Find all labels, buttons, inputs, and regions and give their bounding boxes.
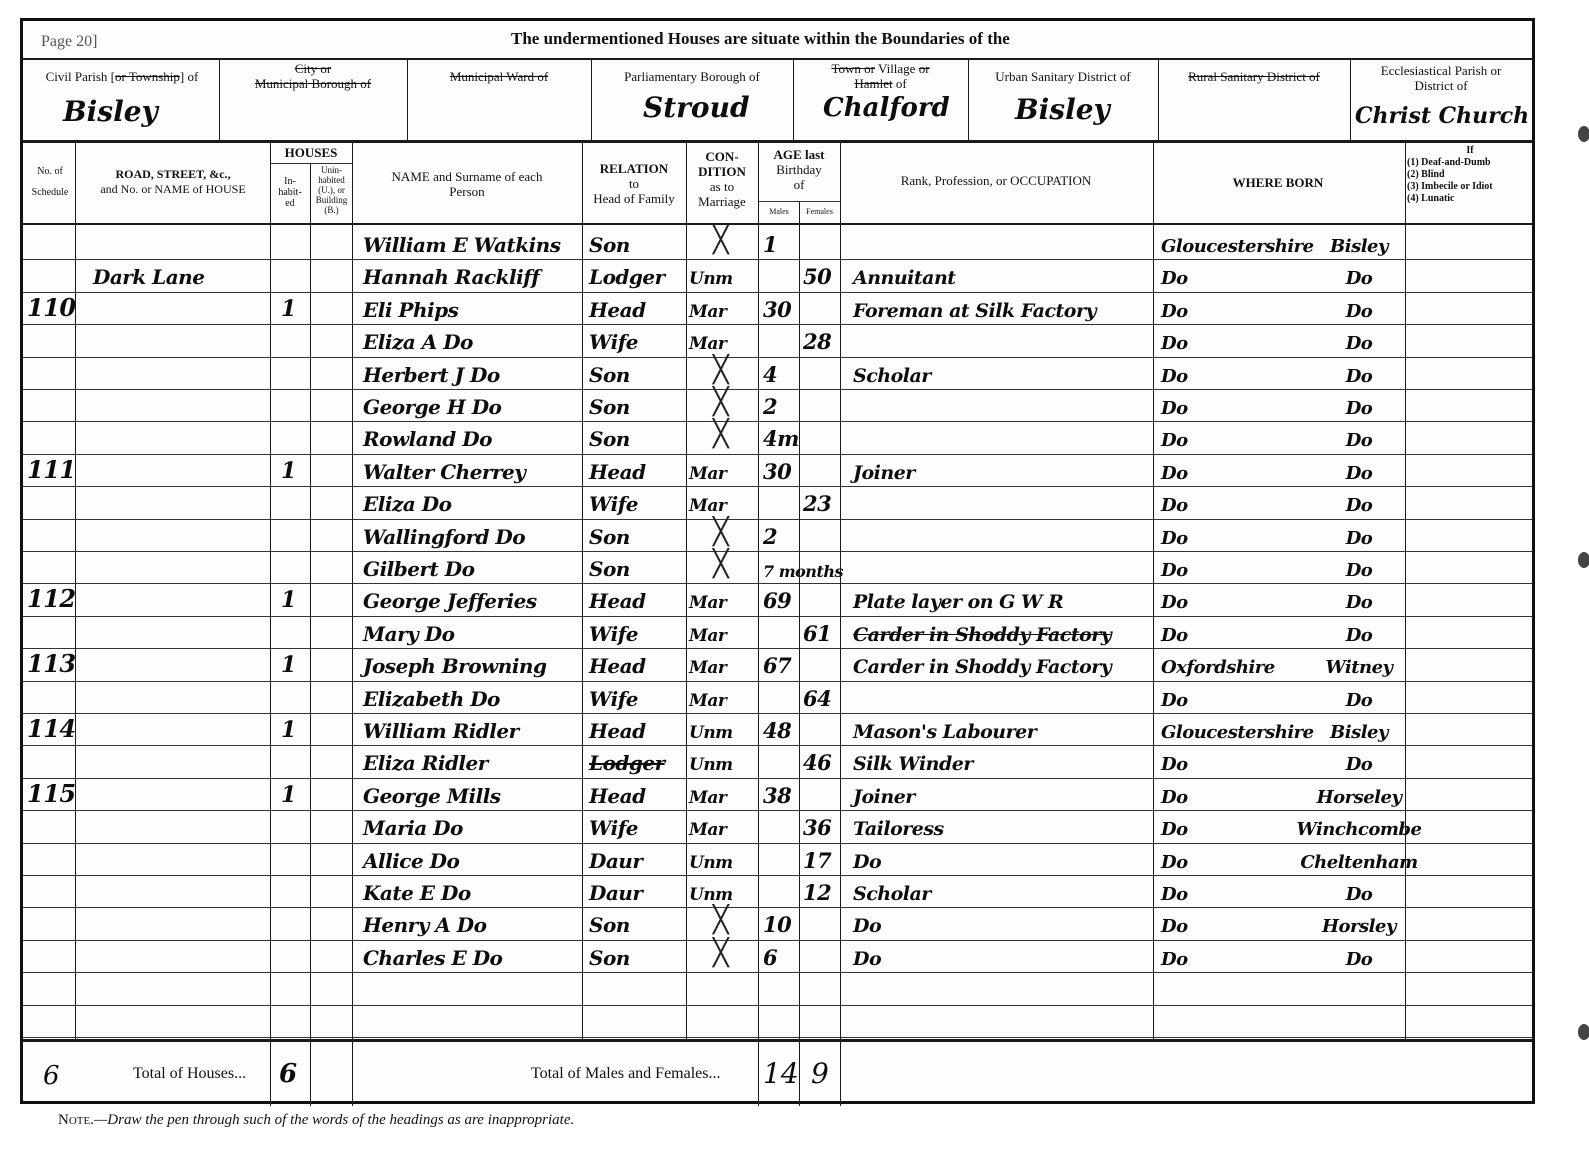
born-place: Do — [1313, 614, 1405, 646]
col-age-header: AGE lastBirthdayof — [758, 147, 840, 192]
row-divider — [23, 324, 1532, 325]
boundary-city-label: City or Municipal Borough of — [219, 61, 407, 91]
col-schedule-header: No. ofSchedule — [25, 166, 75, 198]
relation: Son — [589, 549, 630, 581]
row-divider — [23, 616, 1532, 617]
born-county: Do — [1161, 873, 1188, 905]
total-females: 9 — [811, 1057, 829, 1090]
marital-condition: Mar — [689, 452, 726, 484]
marital-condition: Mar — [689, 776, 726, 808]
relation: Son — [589, 387, 630, 419]
scan-hole-mark — [1578, 1024, 1589, 1040]
col-occupation-header: Rank, Profession, or OCCUPATION — [840, 173, 1152, 188]
col-uninhabited-header: Unin-habited(U.), orBuilding(B.) — [311, 165, 352, 215]
person-name: Eliza Ridler — [363, 743, 488, 775]
row-divider — [23, 1005, 1532, 1006]
born-county: Oxfordshire — [1161, 646, 1275, 678]
born-county: Do — [1161, 452, 1188, 484]
person-name: William E Watkins — [363, 225, 560, 257]
born-county: Do — [1161, 905, 1188, 937]
row-divider — [23, 940, 1532, 941]
born-place: Horsley — [1313, 905, 1405, 937]
person-name: Hannah Rackliff — [363, 257, 539, 289]
male-age: 7 months — [763, 549, 843, 581]
person-name: Allice Do — [363, 841, 459, 873]
house-inhabited: 1 — [281, 581, 296, 613]
born-county: Do — [1161, 322, 1188, 354]
relation: Daur — [589, 873, 642, 905]
marital-condition: Mar — [689, 484, 726, 516]
marital-condition: Mar — [689, 322, 726, 354]
born-county: Do — [1161, 355, 1188, 387]
total-houses-inhabited: 6 — [279, 1059, 297, 1089]
house-inhabited: 1 — [281, 776, 296, 808]
female-age: 28 — [803, 322, 831, 354]
schedule-number: 112 — [27, 581, 76, 613]
relation: Wife — [589, 679, 638, 711]
marital-condition: Mar — [689, 679, 726, 711]
female-age: 12 — [803, 873, 831, 905]
born-place: Do — [1313, 517, 1405, 549]
page-number: Page 20] — [41, 33, 97, 51]
occupation: Joiner — [853, 776, 915, 808]
person-name: Wallingford Do — [363, 517, 525, 549]
boundary-town-label: Town or Village or Hamlet of — [793, 61, 968, 91]
born-place: Do — [1313, 355, 1405, 387]
born-place: Do — [1313, 387, 1405, 419]
born-county: Do — [1161, 387, 1188, 419]
occupation: Plate layer on G W R — [853, 581, 1063, 613]
scan-hole-mark — [1578, 552, 1589, 568]
condition-cross-mark: ╳ — [713, 938, 729, 968]
marital-condition: Mar — [689, 808, 726, 840]
male-age: 4 — [763, 355, 777, 387]
house-inhabited: 1 — [281, 646, 296, 678]
relation: Son — [589, 905, 630, 937]
born-county: Gloucestershire — [1161, 711, 1314, 743]
relation: Wife — [589, 484, 638, 516]
relation: Lodger — [589, 257, 665, 289]
page-title: The undermentioned Houses are situate wi… — [511, 29, 1010, 49]
male-age: 69 — [763, 581, 791, 613]
born-county: Do — [1161, 484, 1188, 516]
relation: Wife — [589, 322, 638, 354]
schedule-number: 110 — [27, 290, 76, 322]
col-infirmity-header: If (1) Deaf-and-Dumb(2) Blind(3) Imbecil… — [1407, 145, 1533, 205]
boundary-urban-value: Bisley — [1015, 93, 1110, 126]
boundary-parliamentary-value: Stroud — [643, 91, 750, 124]
born-county: Do — [1161, 257, 1188, 289]
born-county: Do — [1161, 679, 1188, 711]
house-inhabited: 1 — [281, 452, 296, 484]
person-name: Henry A Do — [363, 905, 486, 937]
born-place: Do — [1313, 743, 1405, 775]
occupation: Do — [853, 905, 881, 937]
occupation: Joiner — [853, 452, 915, 484]
marital-condition: Unm — [689, 841, 733, 873]
male-age: 1 — [763, 225, 777, 257]
row-divider — [23, 389, 1532, 390]
house-inhabited: 1 — [281, 290, 296, 322]
row-divider — [23, 875, 1532, 876]
row-divider — [23, 843, 1532, 844]
born-place — [1313, 1003, 1405, 1035]
male-age: 48 — [763, 711, 791, 743]
row-divider — [23, 810, 1532, 811]
relation: Wife — [589, 808, 638, 840]
born-county: Do — [1161, 808, 1188, 840]
born-place: Do — [1313, 549, 1405, 581]
condition-cross-mark: ╳ — [713, 905, 729, 935]
person-name: Eli Phips — [363, 290, 458, 322]
col-road-header: ROAD, STREET, &c.,and No. or NAME of HOU… — [77, 167, 269, 197]
born-place: Winchcombe — [1313, 808, 1405, 840]
born-place: Do — [1313, 679, 1405, 711]
boundary-ecclesiastical-value: Christ Church — [1355, 103, 1529, 129]
relation: Son — [589, 938, 630, 970]
row-divider — [23, 972, 1532, 973]
relation: Daur — [589, 841, 642, 873]
person-name: Eliza Do — [363, 484, 451, 516]
male-age: 30 — [763, 452, 791, 484]
born-county: Do — [1161, 290, 1188, 322]
row-divider — [23, 259, 1532, 260]
col-name-header: NAME and Surname of eachPerson — [352, 169, 582, 199]
row-divider — [23, 357, 1532, 358]
female-age: 23 — [803, 484, 831, 516]
marital-condition: Unm — [689, 711, 733, 743]
marital-condition: Unm — [689, 873, 733, 905]
person-name: Joseph Browning — [363, 646, 546, 678]
occupation: Scholar — [853, 355, 931, 387]
relation: Son — [589, 517, 630, 549]
occupation: Carder in Shoddy Factory — [853, 614, 1111, 646]
total-schedules: 6 — [43, 1061, 60, 1091]
born-place: Bisley — [1313, 711, 1405, 743]
road-name: Dark Lane — [93, 257, 204, 289]
occupation: Foreman at Silk Factory — [853, 290, 1096, 322]
born-county: Do — [1161, 614, 1188, 646]
born-county: Do — [1161, 841, 1188, 873]
person-name: Elizabeth Do — [363, 679, 500, 711]
born-county: Do — [1161, 419, 1188, 451]
boundary-ward-label: Municipal Ward of — [407, 69, 591, 84]
person-name: Herbert J Do — [363, 355, 500, 387]
condition-cross-mark: ╳ — [713, 549, 729, 579]
relation: Head — [589, 646, 646, 678]
born-place: Bisley — [1313, 225, 1405, 257]
footnote: Note.—Draw the pen through such of the w… — [58, 1112, 574, 1129]
scan-hole-mark — [1578, 126, 1589, 142]
relation: Wife — [589, 614, 638, 646]
person-name: William Ridler — [363, 711, 519, 743]
person-name: George H Do — [363, 387, 501, 419]
female-age: 36 — [803, 808, 831, 840]
condition-cross-mark: ╳ — [713, 225, 729, 255]
born-place: Do — [1313, 873, 1405, 905]
schedule-number: 111 — [27, 452, 76, 484]
born-county: Do — [1161, 581, 1188, 613]
born-place — [1313, 970, 1405, 1002]
born-place: Cheltenham — [1313, 841, 1405, 873]
row-divider — [23, 519, 1532, 520]
marital-condition: Unm — [689, 257, 733, 289]
marital-condition: Mar — [689, 646, 726, 678]
col-houses-header: HOUSES — [270, 145, 352, 160]
total-males: 14 — [763, 1057, 799, 1090]
male-age: 4m — [763, 419, 799, 451]
person-name: Walter Cherrey — [363, 452, 525, 484]
female-age: 50 — [803, 257, 831, 289]
schedule-number: 115 — [27, 776, 76, 808]
col-inhabited-header: In-habit-ed — [270, 176, 310, 209]
person-name: Gilbert Do — [363, 549, 474, 581]
occupation: Scholar — [853, 873, 931, 905]
relation: Son — [589, 419, 630, 451]
born-county: Do — [1161, 549, 1188, 581]
born-county: Do — [1161, 517, 1188, 549]
relation: Lodger — [589, 743, 665, 775]
born-place: Horseley — [1313, 776, 1405, 808]
born-place: Do — [1313, 484, 1405, 516]
occupation: Tailoress — [853, 808, 944, 840]
male-age: 67 — [763, 646, 791, 678]
occupation: Annuitant — [853, 257, 956, 289]
total-houses-label: Total of Houses... — [133, 1065, 246, 1083]
male-age: 2 — [763, 517, 777, 549]
person-name: Rowland Do — [363, 419, 492, 451]
col-where-born-header: WHERE BORN — [1153, 175, 1403, 190]
female-age: 64 — [803, 679, 831, 711]
born-place: Do — [1313, 257, 1405, 289]
male-age: 38 — [763, 776, 791, 808]
condition-cross-mark: ╳ — [713, 355, 729, 385]
relation: Son — [589, 225, 630, 257]
col-condition-header: CON-DITIONas toMarriage — [686, 149, 758, 209]
relation: Head — [589, 581, 646, 613]
marital-condition: Unm — [689, 743, 733, 775]
male-age: 30 — [763, 290, 791, 322]
row-divider — [23, 745, 1532, 746]
born-place: Do — [1313, 452, 1405, 484]
condition-cross-mark: ╳ — [713, 517, 729, 547]
boundary-town-value: Chalford — [823, 93, 950, 123]
born-place: Do — [1313, 938, 1405, 970]
born-place: Do — [1313, 322, 1405, 354]
census-page: Page 20] The undermentioned Houses are s… — [20, 18, 1535, 1104]
person-name: George Mills — [363, 776, 501, 808]
occupation: Silk Winder — [853, 743, 973, 775]
person-name: Maria Do — [363, 808, 463, 840]
row-divider — [23, 486, 1532, 487]
occupation: Carder in Shoddy Factory — [853, 646, 1111, 678]
relation: Head — [589, 452, 646, 484]
col-males-header: Males — [760, 207, 798, 216]
occupation: Do — [853, 841, 881, 873]
born-county: Do — [1161, 743, 1188, 775]
female-age: 17 — [803, 841, 831, 873]
born-place: Do — [1313, 290, 1405, 322]
person-name: Kate E Do — [363, 873, 471, 905]
boundary-civil-parish-value: Bisley — [63, 95, 158, 128]
schedule-number: 114 — [27, 711, 76, 743]
female-age: 46 — [803, 743, 831, 775]
row-divider — [23, 681, 1532, 682]
male-age: 6 — [763, 938, 777, 970]
boundary-civil-parish-label: Civil Parish [or Township] of — [25, 69, 219, 84]
occupation: Do — [853, 938, 881, 970]
person-name: Eliza A Do — [363, 322, 473, 354]
schedule-number: 113 — [27, 646, 76, 678]
boundary-rural-label: Rural Sanitary District of — [1158, 69, 1350, 84]
born-place: Do — [1313, 581, 1405, 613]
female-age: 61 — [803, 614, 831, 646]
boundary-parliamentary-label: Parliamentary Borough of — [591, 69, 793, 84]
born-county: Gloucestershire — [1161, 225, 1314, 257]
relation: Head — [589, 711, 646, 743]
marital-condition: Mar — [689, 614, 726, 646]
relation: Head — [589, 776, 646, 808]
born-place: Witney — [1313, 646, 1405, 678]
house-inhabited: 1 — [281, 711, 296, 743]
boundary-urban-label: Urban Sanitary District of — [968, 69, 1158, 84]
condition-cross-mark: ╳ — [713, 387, 729, 417]
born-county: Do — [1161, 776, 1188, 808]
occupation: Mason's Labourer — [853, 711, 1036, 743]
total-persons-label: Total of Males and Females... — [531, 1065, 721, 1083]
born-place: Do — [1313, 419, 1405, 451]
marital-condition: Mar — [689, 581, 726, 613]
born-county: Do — [1161, 938, 1188, 970]
marital-condition: Mar — [689, 290, 726, 322]
row-divider — [23, 1037, 1532, 1038]
person-name: George Jefferies — [363, 581, 537, 613]
condition-cross-mark: ╳ — [713, 419, 729, 449]
col-relation-header: RELATIONtoHead of Family — [582, 161, 686, 206]
male-age: 2 — [763, 387, 777, 419]
boundary-ecclesiastical-label: Ecclesiastical Parish or District of — [1350, 63, 1532, 93]
col-females-header: Females — [799, 207, 840, 216]
relation: Son — [589, 355, 630, 387]
person-name: Mary Do — [363, 614, 454, 646]
relation: Head — [589, 290, 646, 322]
male-age: 10 — [763, 905, 791, 937]
person-name: Charles E Do — [363, 938, 502, 970]
